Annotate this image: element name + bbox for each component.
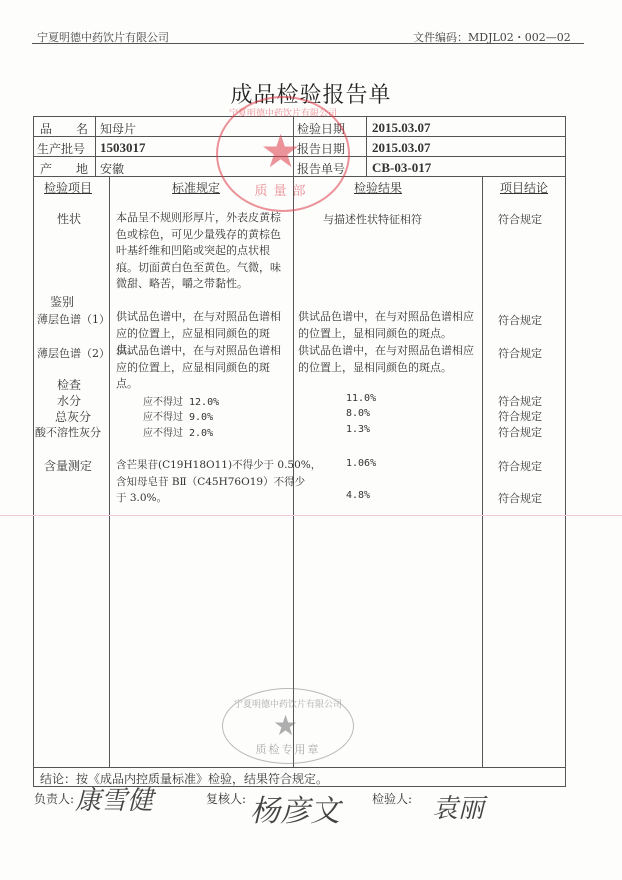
origin-value: 安徽 bbox=[100, 160, 124, 177]
item-total-ash: 总灰分 bbox=[55, 408, 91, 425]
result-tlc2: 供试品色谱中，在与对照品色谱相应的位置上，显相同颜色的斑点。 bbox=[298, 343, 478, 376]
inspection-date-value: 2015.03.07 bbox=[372, 120, 431, 136]
scan-artifact-line bbox=[0, 515, 622, 516]
result-appearance: 与描述性状特征相符 bbox=[323, 211, 422, 227]
col-header-item: 检验项目 bbox=[44, 179, 92, 196]
standard-assay-line2: 含知母皂苷 BⅡ（C45H76O19）不得少 bbox=[116, 474, 305, 489]
conclusion-appearance: 符合规定 bbox=[498, 211, 542, 227]
col-header-result: 检验结果 bbox=[354, 179, 402, 196]
header-rule bbox=[32, 43, 584, 44]
conclusion-tlc1: 符合规定 bbox=[498, 312, 542, 328]
standard-moisture: 应不得过 12.0% bbox=[143, 393, 219, 408]
batch-number-value: 1503017 bbox=[100, 140, 146, 156]
col-header-standard: 标准规定 bbox=[172, 179, 220, 196]
item-assay: 含量测定 bbox=[44, 457, 92, 474]
conclusion-acid-insoluble-ash: 符合规定 bbox=[498, 424, 542, 440]
stamp-red-top-text: 宁夏明德中药饮片有限公司 bbox=[218, 106, 348, 119]
responsible-signature: 康雪健 bbox=[75, 780, 153, 817]
conclusion-assay-mangiferin: 符合规定 bbox=[498, 458, 542, 474]
stamp-red-bottom-text: 质量部 bbox=[218, 180, 348, 199]
standard-assay-line1: 含芒果苷(C19H18O11)不得少于 0.50%， bbox=[116, 457, 321, 472]
conclusion-moisture: 符合规定 bbox=[498, 393, 542, 409]
result-tlc1: 供试品色谱中，在与对照品色谱相应的位置上，显相同颜色的斑点。 bbox=[298, 309, 478, 342]
qc-seal-stamp: 宁夏明德中药饮片有限公司 ★ 质检专用章 bbox=[222, 688, 354, 764]
heading-check: 检查 bbox=[57, 376, 81, 393]
standard-appearance: 本品呈不规则形厚片，外表皮黄棕色或棕色，可见少量残存的黄棕色叶基纤维和凹陷或突起… bbox=[116, 210, 288, 293]
heading-identification: 鉴别 bbox=[50, 293, 74, 310]
standard-total-ash: 应不得过 9.0% bbox=[143, 408, 213, 423]
item-tlc1: 薄层色谱（1） bbox=[37, 311, 110, 327]
inspector-label: 检验人: bbox=[372, 790, 412, 807]
item-appearance: 性状 bbox=[57, 210, 81, 227]
conclusion-total-ash: 符合规定 bbox=[498, 408, 542, 424]
star-icon: ★ bbox=[273, 709, 298, 742]
item-tlc2: 薄层色谱（2） bbox=[37, 345, 110, 361]
conclusion-assay-timosaponin: 符合规定 bbox=[498, 490, 542, 506]
result-moisture: 11.0% bbox=[346, 393, 376, 404]
conclusion-tlc2: 符合规定 bbox=[498, 345, 542, 361]
result-assay-timosaponin: 4.8% bbox=[346, 490, 370, 501]
product-name-value: 知母片 bbox=[100, 120, 136, 137]
stamp-gray-bottom-text: 质检专用章 bbox=[223, 741, 353, 757]
report-number-value: CB-03-017 bbox=[372, 160, 431, 176]
result-total-ash: 8.0% bbox=[346, 408, 370, 419]
report-date-value: 2015.03.07 bbox=[372, 140, 431, 156]
responsible-label: 负责人: bbox=[34, 790, 74, 807]
item-acid-insoluble-ash: 酸不溶性灰分 bbox=[35, 424, 101, 440]
reviewer-label: 复核人: bbox=[206, 790, 246, 807]
col-header-conclusion: 项目结论 bbox=[500, 179, 548, 196]
quality-dept-stamp: 宁夏明德中药饮片有限公司 ★ 质量部 bbox=[216, 96, 350, 212]
inspector-signature: 袁丽 bbox=[432, 788, 484, 825]
origin-label: 产 地 bbox=[40, 160, 88, 177]
standard-assay-line3: 于 3.0%。 bbox=[116, 490, 167, 505]
batch-number-label: 生产批号 bbox=[37, 140, 85, 157]
reviewer-signature: 杨彦文 bbox=[250, 786, 340, 830]
result-assay-mangiferin: 1.06% bbox=[346, 458, 376, 469]
item-moisture: 水分 bbox=[57, 392, 81, 409]
star-icon: ★ bbox=[260, 128, 301, 174]
standard-tlc2: 供试品色谱中，在与对照品色谱相应的位置上，应显相同颜色的斑点。 bbox=[116, 343, 288, 393]
standard-acid-insoluble-ash: 应不得过 2.0% bbox=[143, 424, 213, 439]
result-acid-insoluble-ash: 1.3% bbox=[346, 424, 370, 435]
product-name-label: 品 名 bbox=[40, 120, 88, 137]
